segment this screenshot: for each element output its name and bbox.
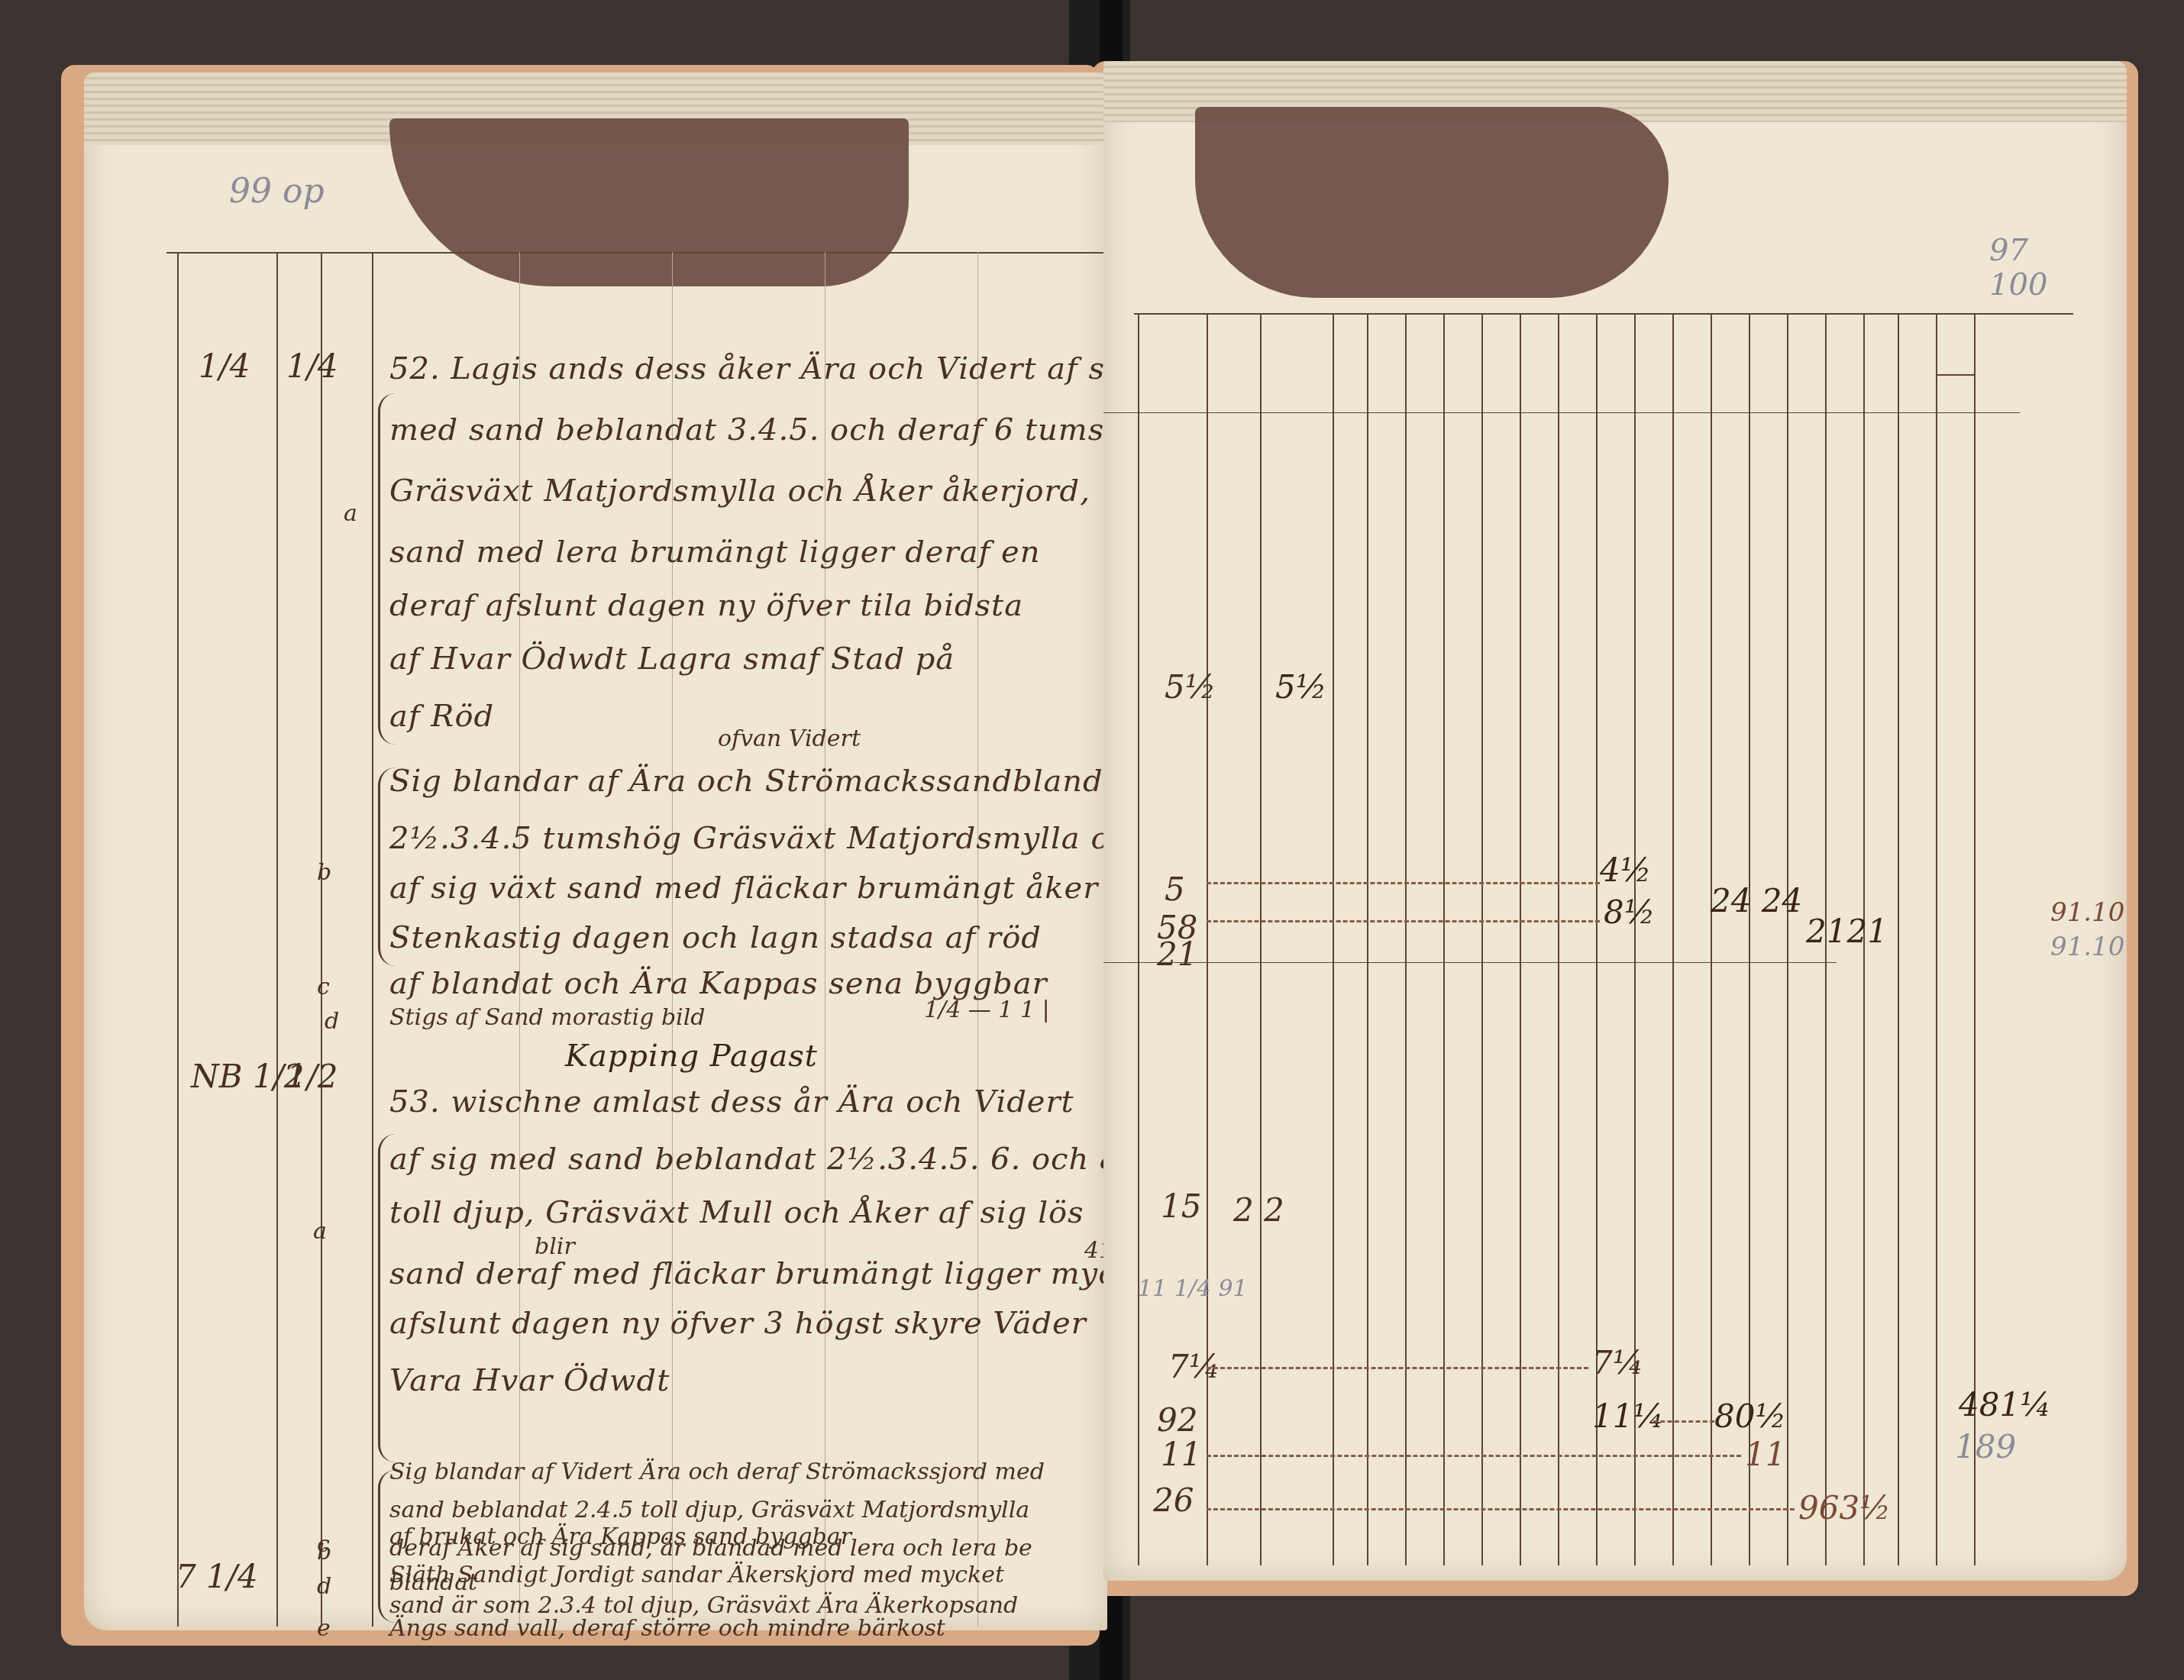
entry-line: deraf afslunt dagen ny öfver tila bidsta <box>389 588 1023 623</box>
margin-number: 7 1/4 <box>176 1558 258 1595</box>
sub-label: b <box>317 859 331 886</box>
column-rule <box>1405 313 1407 1565</box>
column-rule <box>1260 313 1262 1565</box>
sub-label: a <box>344 500 357 527</box>
row-rule <box>1103 962 1837 963</box>
row-value: 5½ <box>1165 668 1216 706</box>
column-rule <box>1443 313 1445 1565</box>
entry-line: af Hvar Ödwdt Lagra smaf Stad på <box>389 641 955 677</box>
row-value: 5½ <box>1275 668 1326 706</box>
sub-label: c <box>317 974 330 1000</box>
ditto-marks <box>1207 1367 1588 1371</box>
left-page: 99 op 1/4 1/4 a 52. Lagis ands dess åker… <box>84 73 1107 1630</box>
entry-line: Stigs af Sand morastig bild <box>389 1004 705 1031</box>
entry-line: af sig växt sand med fläckar brumängt åk… <box>389 871 1194 906</box>
row-value: 26 <box>1153 1481 1194 1519</box>
entry-line: sand deraf med fläckar brumängt ligger m… <box>389 1256 1168 1291</box>
margin-note: 1/4 — 1 1 | <box>924 997 1050 1023</box>
column-rule <box>372 252 373 1627</box>
sub-label: c <box>317 1531 330 1558</box>
column-rule <box>276 252 278 1627</box>
ditto-marks <box>1207 1455 1741 1459</box>
row-total: 2121 <box>1806 913 1888 950</box>
entry-line: 53. wischne amlast dess år Ära och Vider… <box>389 1084 1074 1119</box>
margin-total: 481¼ <box>1959 1386 2051 1423</box>
margin-fraction: 1/4 <box>286 347 338 385</box>
column-rule <box>321 252 322 1627</box>
header-rule <box>1134 313 2073 315</box>
column-rule <box>1672 313 1674 1565</box>
column-rule <box>1367 313 1368 1565</box>
entry-line: af brukat och Ära Kappas sand byggbar <box>389 1523 851 1550</box>
ditto-marks <box>1207 882 1600 887</box>
sub-label: d <box>325 1008 339 1035</box>
column-rule <box>1787 313 1788 1565</box>
entry-line: af Röd <box>389 699 494 734</box>
entry-line: Ängs sand vall, deraf större och mindre … <box>389 1615 945 1642</box>
header-rule <box>166 252 1107 254</box>
margin-fraction: 1/2 <box>286 1058 338 1095</box>
entry-line: Vara Hvar Ödwdt <box>389 1363 670 1398</box>
section-heading: Kapping Pagast <box>565 1039 818 1074</box>
row-value: 11 <box>1745 1436 1785 1473</box>
water-stain <box>389 118 909 286</box>
row-value: 80½ <box>1714 1397 1786 1435</box>
ditto-marks <box>1207 1508 1795 1513</box>
row-value: 21 <box>1157 935 1197 973</box>
sub-label: a <box>313 1218 327 1245</box>
entry-line: toll djup, Gräsväxt Mull och Åker af sig… <box>389 1195 1084 1230</box>
entry-line: afslunt dagen ny öfver 3 högst skyre Väd… <box>389 1306 1087 1341</box>
ditto-marks <box>1207 920 1600 925</box>
row-value: 24 24 <box>1711 882 1802 919</box>
row-value: 7¼ <box>1592 1344 1643 1381</box>
folio-number-old: 97 <box>1989 233 2028 268</box>
sub-label: d <box>317 1573 331 1600</box>
column-rule <box>1333 313 1334 1565</box>
folio-number: 100 <box>1989 267 2047 302</box>
column-rule <box>1481 313 1483 1565</box>
row-value: 5 <box>1165 871 1185 908</box>
entry-line: Gräsväxt Matjordsmylla och Åker åkerjord… <box>389 473 1090 509</box>
margin-total-pencil: 91.10 <box>2050 932 2124 962</box>
interlinear-note: ofvan Vidert <box>718 725 861 752</box>
row-rule <box>1103 412 2020 413</box>
entry-line: 52. Lagis ands dess åker Ära och Vidert … <box>389 351 1154 386</box>
row-value: 15 <box>1161 1187 1201 1225</box>
entry-line: Stenkastig dagen och lagn stadsa af röd <box>389 920 1042 955</box>
entry-line: med sand beblandat 3.4.5. och deraf 6 tu… <box>389 412 1165 447</box>
margin-fraction: 1/4 <box>199 347 250 385</box>
row-value: 4½ <box>1600 851 1651 889</box>
entry-line: sand beblandat 2.4.5 toll djup, Gräsväxt… <box>389 1497 1029 1523</box>
entry-brace <box>378 1134 396 1462</box>
water-stain <box>1195 107 1669 298</box>
row-value: 8½ <box>1604 893 1655 931</box>
row-value: 2 2 <box>1233 1191 1284 1229</box>
row-value: 92 <box>1157 1401 1197 1439</box>
right-page: 97 100 5½ 5½ 5 4½ 58 8½ 24 24 2121 21 91… <box>1103 61 2127 1581</box>
entry-line: Släth Sandigt Jordigt sandar Äkerskjord … <box>389 1562 1004 1588</box>
row-value: 11¼ <box>1592 1397 1664 1435</box>
margin-total: 91.10 <box>2050 897 2124 928</box>
column-rule <box>1936 313 1937 1565</box>
ditto-marks <box>1653 1420 1714 1425</box>
margin-total-pencil: 189 <box>1955 1428 2016 1465</box>
row-value: 11 <box>1161 1436 1201 1473</box>
column-rule <box>1520 313 1521 1565</box>
column-rule <box>1974 313 1976 1565</box>
column-rule <box>1558 313 1559 1565</box>
column-rule <box>1138 313 1139 1565</box>
entry-line: af sig med sand beblandat 2½.3.4.5. 6. o… <box>389 1142 1161 1177</box>
column-rule <box>177 252 179 1627</box>
entry-line: Sig blandar af Ära och Strömackssandblan… <box>389 764 1136 799</box>
column-rule <box>1898 313 1899 1565</box>
column-rule <box>1749 313 1750 1565</box>
column-rule <box>1711 313 1712 1565</box>
entry-line: sand med lera brumängt ligger deraf en <box>389 535 1040 570</box>
faint-pencil-note: 11 1/4 91 <box>1138 1275 1248 1302</box>
entry-line: Sig blandar af Vidert Ära och deraf Strö… <box>389 1459 1045 1485</box>
pencil-folio-mark: 99 op <box>229 172 325 211</box>
box-rule <box>1936 374 1974 376</box>
sub-label: e <box>317 1615 331 1642</box>
row-total: 963½ <box>1798 1489 1891 1527</box>
